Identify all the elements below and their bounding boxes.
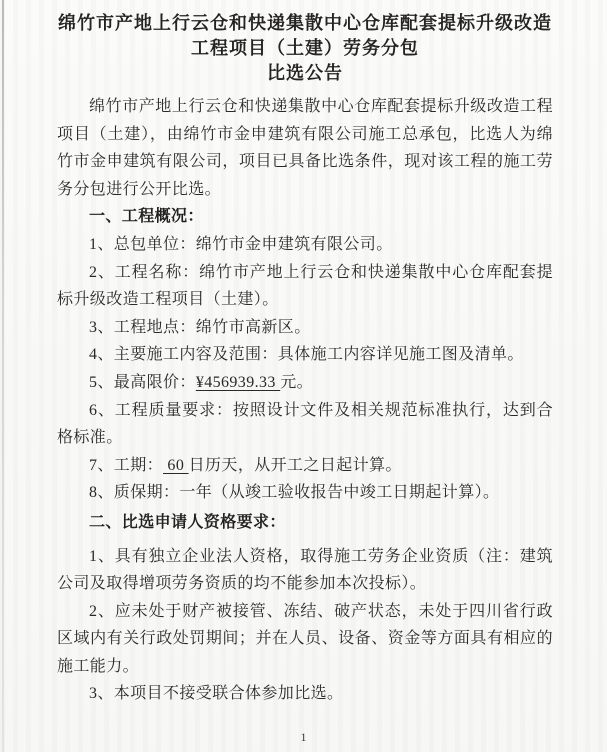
scan-page-edge [2, 0, 4, 752]
section-2-item-3: 3、本项目不接受联合体参加比选。 [57, 680, 553, 708]
section-1-item-6: 6、工程质量要求：按照设计文件及相关规范标准执行，达到合格标准。 [57, 397, 553, 452]
section-1-item-5: 5、最高限价：¥456939.33 元。 [57, 369, 553, 397]
duration-suffix: 日历天，从开工之日起计算。 [189, 457, 402, 474]
duration-label: 7、工期： [89, 457, 163, 474]
document-title: 绵竹市产地上行云仓和快递集散中心仓库配套提标升级改造 工程项目（土建）劳务分包 … [57, 11, 553, 86]
document-title-line-2: 工程项目（土建）劳务分包 [57, 36, 553, 61]
intro-paragraph: 绵竹市产地上行云仓和快递集散中心仓库配套提标升级改造工程项目（土建），由绵竹市金… [57, 93, 553, 203]
max-price-label: 5、最高限价： [89, 374, 196, 391]
section-1-item-2: 2、工程名称：绵竹市产地上行云仓和快递集散中心仓库配套提标升级改造工程项目（土建… [57, 259, 553, 314]
document-page: { "title": { "line1": "绵竹市产地上行云仓和快递集散中心仓… [0, 0, 607, 752]
max-price-value: ¥456939.33 [196, 374, 280, 391]
section-1-item-3: 3、工程地点：绵竹市高新区。 [57, 314, 553, 342]
duration-value: 60 [163, 457, 189, 474]
section-1-item-7: 7、工期： 60 日历天，从开工之日起计算。 [57, 452, 553, 480]
section-1-heading: 一、工程概况： [57, 203, 553, 231]
section-1-item-8: 8、质保期：一年（从竣工验收报告中竣工日期起计算）。 [57, 479, 553, 507]
section-1-item-4: 4、主要施工内容及范围：具体施工内容详见施工图及清单。 [57, 341, 553, 369]
document-title-line-3: 比选公告 [57, 61, 553, 86]
section-2-heading: 二、比选申请人资格要求： [57, 509, 553, 537]
document-title-line-1: 绵竹市产地上行云仓和快递集散中心仓库配套提标升级改造 [57, 11, 553, 36]
document-content: 绵竹市产地上行云仓和快递集散中心仓库配套提标升级改造 工程项目（土建）劳务分包 … [57, 11, 553, 708]
max-price-suffix: 元。 [280, 374, 313, 391]
section-2-item-1: 1、具有独立企业法人资格，取得施工劳务企业资质（注：建筑公司及取得增项劳务资质的… [57, 543, 553, 598]
section-2-item-2: 2、应未处于财产被接管、冻结、破产状态，未处于四川省行政区域内有关行政处罚期间；… [57, 598, 553, 681]
section-1-item-1: 1、总包单位：绵竹市金申建筑有限公司。 [57, 231, 553, 259]
page-number: 1 [0, 730, 607, 745]
